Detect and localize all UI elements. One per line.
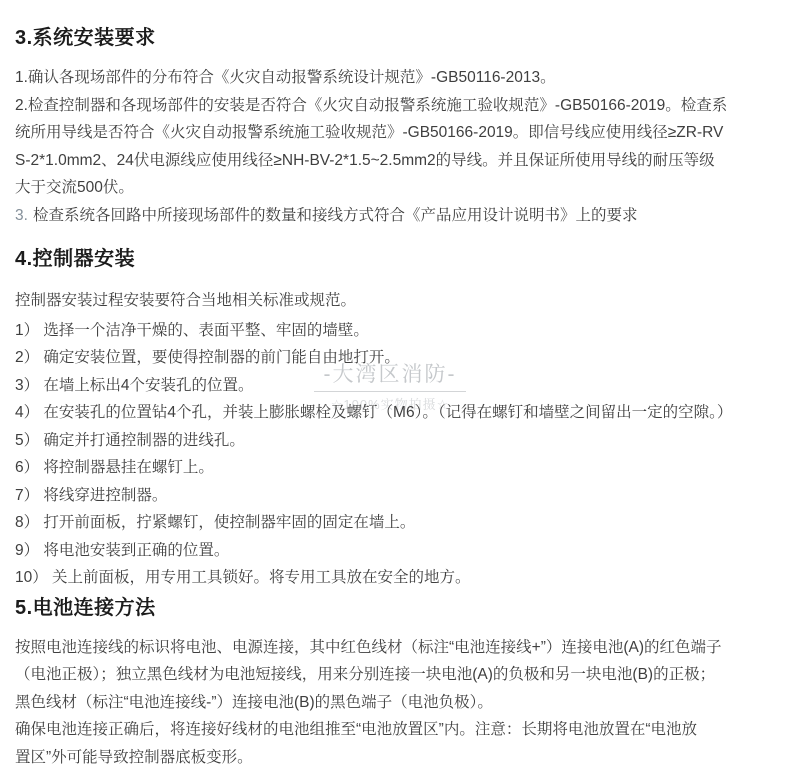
section-5-paragraph-2: 确保电池连接正确后，将连接好线材的电池组推至“电池放置区”内。注意：长期将电池放… bbox=[15, 716, 775, 768]
section-3-body: 1.确认各现场部件的分布符合《火灾自动报警系统设计规范》-GB50116-201… bbox=[15, 64, 775, 229]
list-item: 10） 关上前面板，用专用工具锁好。将专用工具放在安全的地方。 bbox=[15, 564, 775, 592]
text-line: 1.确认各现场部件的分布符合《火灾自动报警系统设计规范》-GB50116-201… bbox=[15, 64, 775, 92]
list-item: 7） 将线穿进控制器。 bbox=[15, 482, 775, 510]
text-line: 大于交流500伏。 bbox=[15, 174, 775, 202]
list-item: 9） 将电池安装到正确的位置。 bbox=[15, 537, 775, 565]
document-content: 3.系统安装要求 1.确认各现场部件的分布符合《火灾自动报警系统设计规范》-GB… bbox=[15, 24, 775, 768]
list-item: 8） 打开前面板，拧紧螺钉，使控制器牢固的固定在墙上。 bbox=[15, 509, 775, 537]
section-3-heading: 3.系统安装要求 bbox=[15, 24, 775, 52]
text-line: S-2*1.0mm2、24伏电源线应使用线径≥NH-BV-2*1.5~2.5mm… bbox=[15, 147, 775, 175]
manual-page: -大湾区消防- ☆100%实物拍摄☆ 3.系统安装要求 1.确认各现场部件的分布… bbox=[0, 0, 790, 768]
list-item: 5） 确定并打通控制器的进线孔。 bbox=[15, 427, 775, 455]
text-line: 控制器安装过程安装要符合当地相关标准或规范。 bbox=[15, 287, 775, 315]
text-line: 统所用导线是否符合《火灾自动报警系统施工验收规范》-GB50166-2019。即… bbox=[15, 119, 775, 147]
text-line: 2.检查控制器和各现场部件的安装是否符合《火灾自动报警系统施工验收规范》-GB5… bbox=[15, 92, 775, 120]
text-line: 黑色线材（标注“电池连接线-”）连接电池(B)的黑色端子（电池负极）。 bbox=[15, 689, 775, 717]
text-line: （电池正极）；独立黑色线材为电池短接线，用来分别连接一块电池(A)的负极和另一块… bbox=[15, 661, 775, 689]
section-4-list: 1） 选择一个洁净干燥的、表面平整、牢固的墙壁。 2） 确定安装位置，要使得控制… bbox=[15, 317, 775, 592]
text-line-item-3: 3.检查系统各回路中所接现场部件的数量和接线方式符合《产品应用设计说明书》上的要… bbox=[15, 202, 775, 230]
list-item: 1） 选择一个洁净干燥的、表面平整、牢固的墙壁。 bbox=[15, 317, 775, 345]
text-line: 确保电池连接正确后，将连接好线材的电池组推至“电池放置区”内。注意：长期将电池放… bbox=[15, 716, 775, 744]
list-item: 6） 将控制器悬挂在螺钉上。 bbox=[15, 454, 775, 482]
section-4-heading: 4.控制器安装 bbox=[15, 245, 775, 273]
list-item: 3） 在墙上标出4个安装孔的位置。 bbox=[15, 372, 775, 400]
section-4-intro: 控制器安装过程安装要符合当地相关标准或规范。 bbox=[15, 287, 775, 315]
list-item: 4） 在安装孔的位置钻4个孔，并装上膨胀螺栓及螺钉（M6）。（记得在螺钉和墙壁之… bbox=[15, 399, 775, 427]
text-line: 置区”外可能导致控制器底板变形。 bbox=[15, 744, 775, 768]
item-3-text: 检查系统各回路中所接现场部件的数量和接线方式符合《产品应用设计说明书》上的要求 bbox=[33, 207, 638, 224]
section-5-heading: 5.电池连接方法 bbox=[15, 594, 775, 622]
list-item: 2） 确定安装位置，要使得控制器的前门能自由地打开。 bbox=[15, 344, 775, 372]
section-5-paragraph-1: 按照电池连接线的标识将电池、电源连接，其中红色线材（标注“电池连接线+”）连接电… bbox=[15, 634, 775, 717]
item-3-number: 3. bbox=[15, 207, 28, 224]
text-line: 按照电池连接线的标识将电池、电源连接，其中红色线材（标注“电池连接线+”）连接电… bbox=[15, 634, 775, 662]
